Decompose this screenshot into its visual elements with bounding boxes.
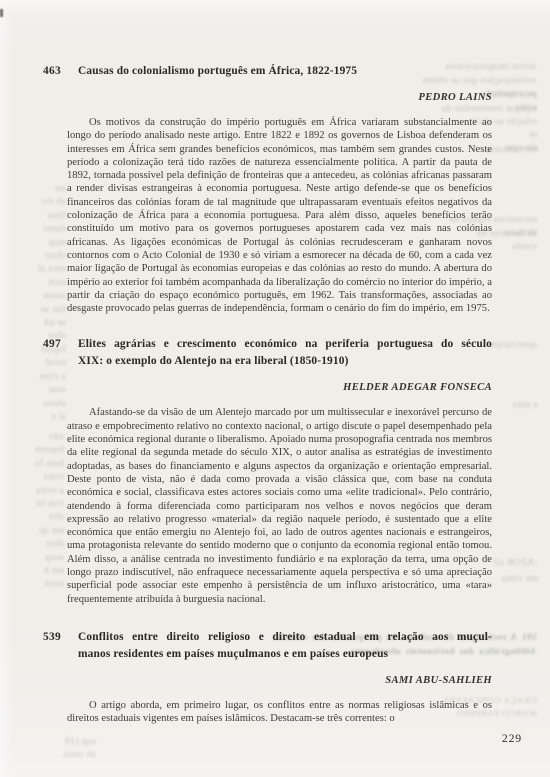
entry-author: SAMI ABU-SAHLIEH xyxy=(67,674,492,687)
abstracts-page-content: 463 Causas do colonialismo português em … xyxy=(67,0,492,726)
entry-abstract: Os motivos da construção do império port… xyxy=(67,116,492,315)
entry-title: Conflitos entre direito religioso e dire… xyxy=(78,629,492,663)
entry-title: Causas do colonialismo português em Áfri… xyxy=(78,63,492,80)
bleed-through-text: a unia xyxy=(502,398,538,411)
entry-number: 539 xyxy=(43,629,78,663)
bleed-through-text: em vima xyxy=(492,572,538,585)
bleed-through-text: im ab rio linte damo map charr uma al es… xyxy=(34,182,66,432)
entry-title-line: Causas do colonialismo português em Áfri… xyxy=(78,63,492,80)
bleed-through-text: se abnegar xyxy=(496,128,538,155)
entry-author: PEDRO LAINS xyxy=(67,91,492,104)
scan-artifact-speck xyxy=(0,9,3,17)
entry-title-line: XIX: o exemplo do Alentejo na era libera… xyxy=(78,353,492,370)
entry-title: Elites agrárias e crescimento económico … xyxy=(78,336,492,370)
entry-author: HELDER ADEGAR FONSECA xyxy=(67,381,492,394)
bleed-through-text: não liquem hem fo crata a evita vim tir … xyxy=(34,430,64,598)
bleed-through-text: sup (19 ab omis xyxy=(34,735,96,765)
entry-abstract: Afastando-se da visão de um Alentejo mar… xyxy=(67,406,492,605)
entry-number: 463 xyxy=(43,63,78,80)
entry-title-line: manos residentes em países muçulmanos e … xyxy=(78,646,492,663)
entry-title-line: Elites agrárias e crescimento económico … xyxy=(78,336,492,353)
entry-497-heading: 497 Elites agrárias e crescimento económ… xyxy=(43,336,492,370)
entry-539: 539 Conflitos entre direito religioso e … xyxy=(67,629,492,726)
bleed-through-text: apreciaram xyxy=(489,338,537,351)
entry-number: 497 xyxy=(43,336,78,370)
entry-title-line: Conflitos entre direito religioso e dire… xyxy=(78,629,492,646)
entry-463-heading: 463 Causas do colonialismo português em … xyxy=(43,63,492,80)
entry-abstract: O artigo aborda, em primeiro lugar, os c… xyxy=(67,699,492,726)
entry-497: 497 Elites agrárias e crescimento económ… xyxy=(67,336,492,605)
entry-539-heading: 539 Conflitos entre direito religioso e … xyxy=(43,629,492,663)
entry-463: 463 Causas do colonialismo português em … xyxy=(67,63,492,315)
page-number: 229 xyxy=(502,731,522,746)
